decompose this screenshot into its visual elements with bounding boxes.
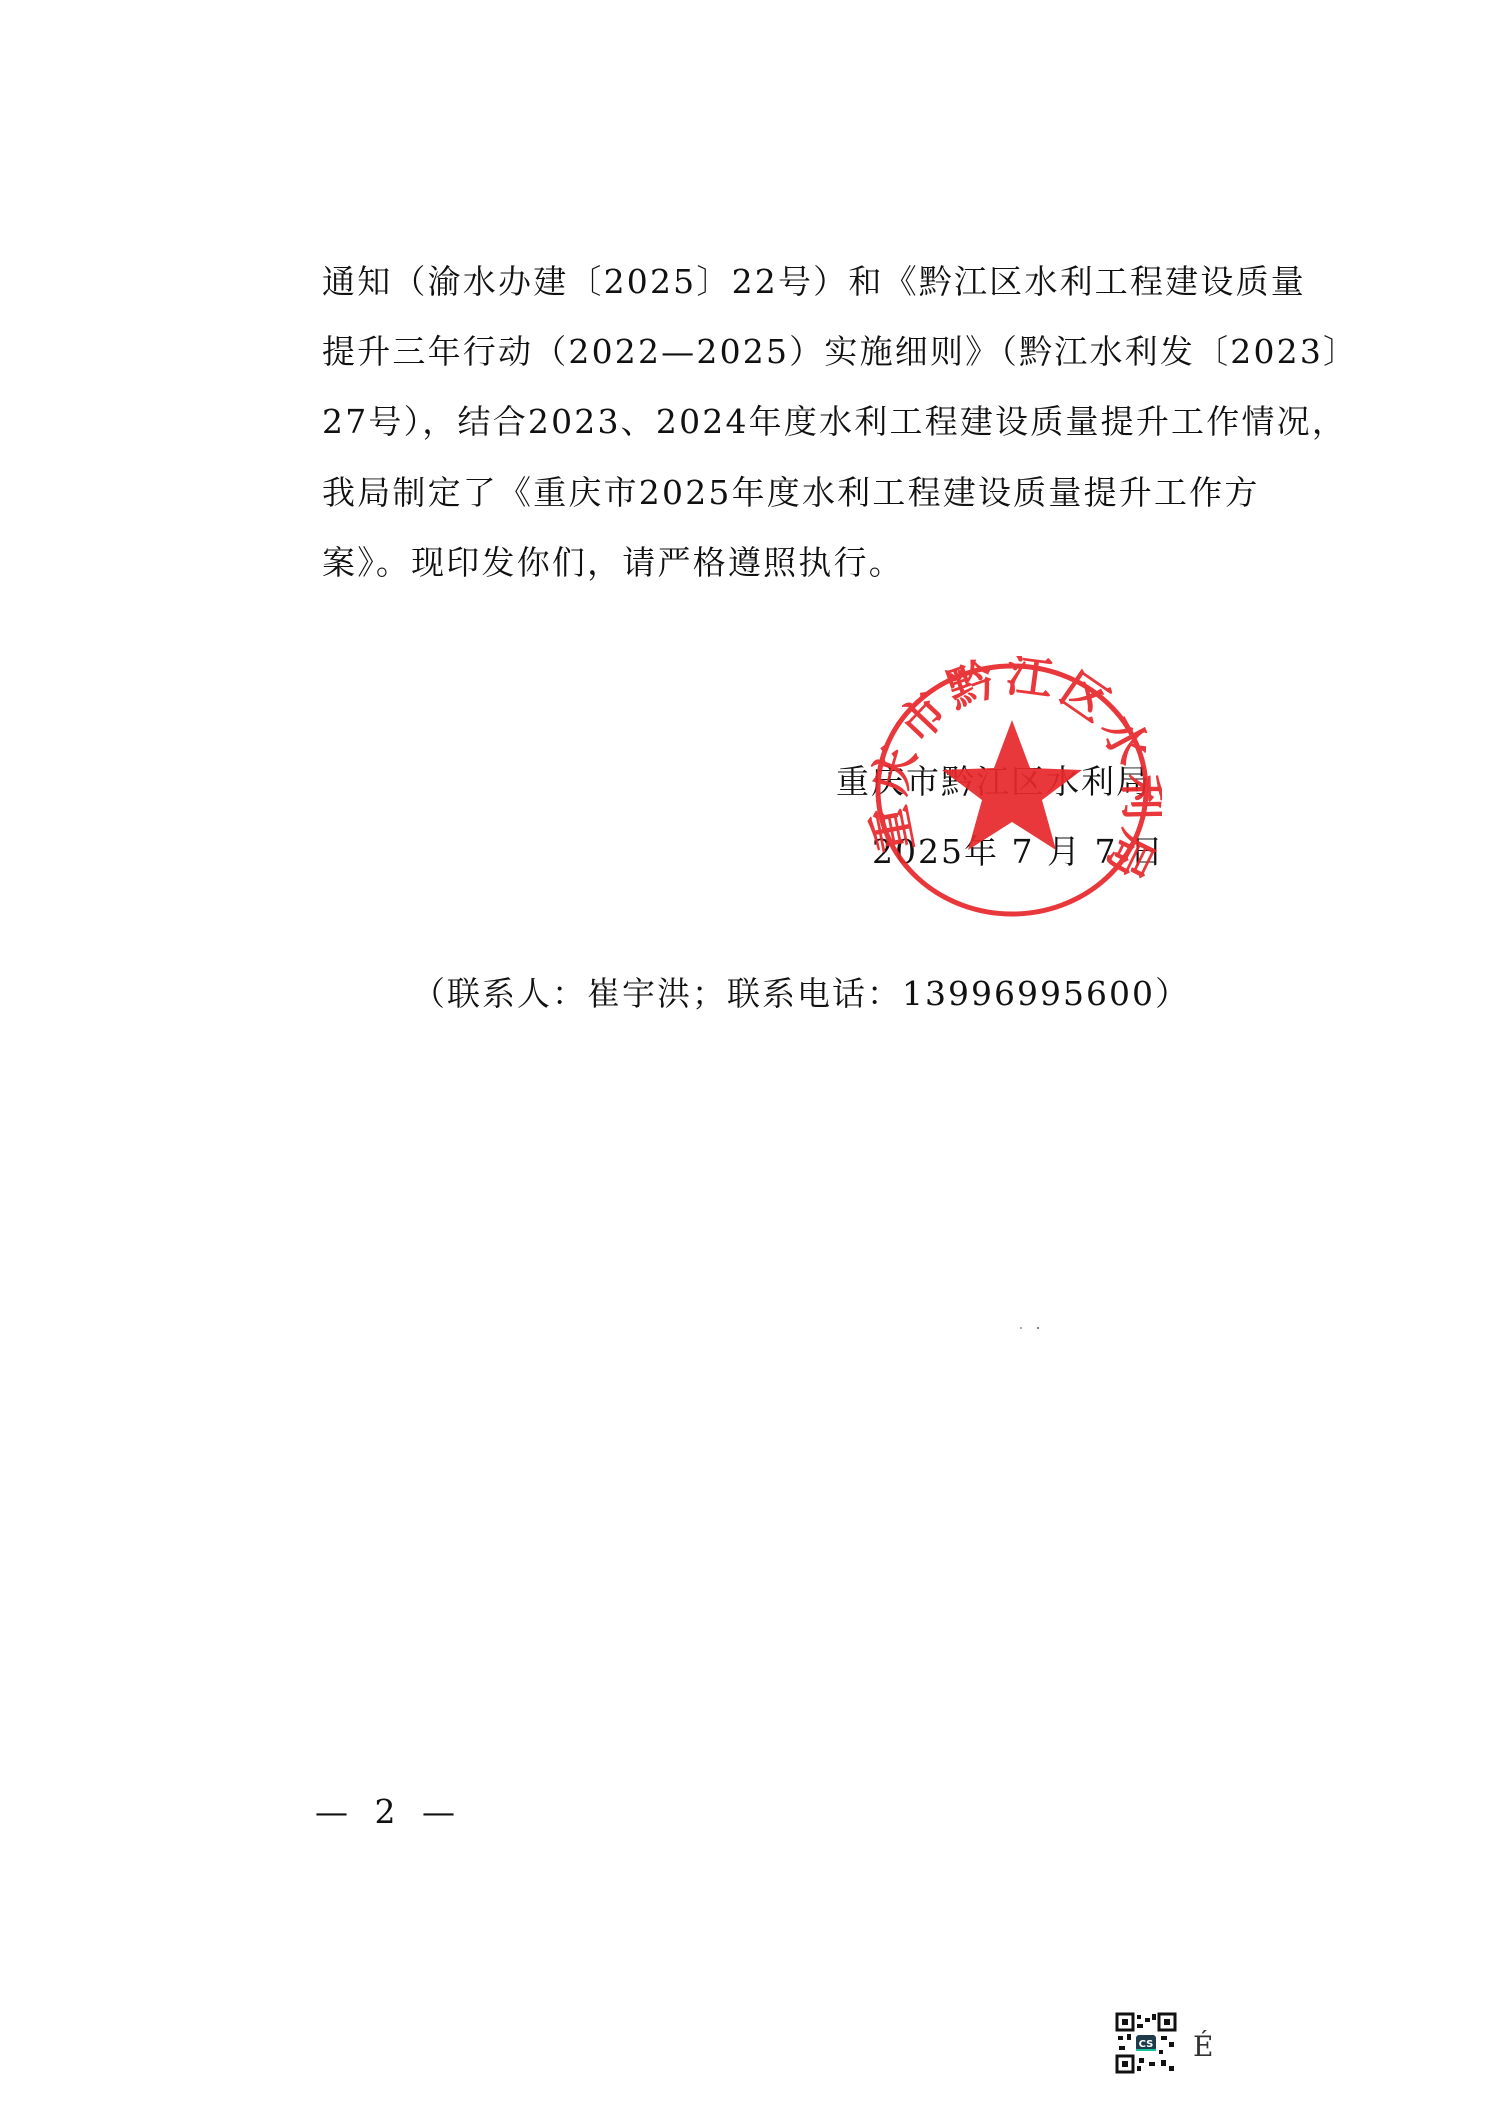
body-line-3: 27号），结合2023、2024年度水利工程建设质量提升工作情况，: [322, 402, 1347, 442]
body-line-5: 案》。现印发你们，请严格遵照执行。: [322, 543, 904, 583]
contact-info: （联系人：崔宇洪；联系电话：13996995600）: [412, 968, 1190, 1015]
footer-mark: É: [1193, 2030, 1213, 2063]
body-line-2: 提升三年行动（2022—2025）实施细则》（黔江水利发〔2023〕: [322, 332, 1358, 372]
scan-artifact-dots: [1018, 1326, 1048, 1330]
page-number: — 2 —: [315, 1792, 463, 1831]
body-line-4: 我局制定了《重庆市2025年度水利工程建设质量提升工作方: [322, 473, 1260, 513]
body-line-1: 通知（渝水办建〔2025〕22号）和《黔江区水利工程建设质量: [322, 262, 1306, 302]
qr-code-icon: CS: [1115, 2012, 1177, 2074]
svg-text:CS: CS: [1139, 2039, 1154, 2050]
signature-organization: 重庆市黔江区水利局: [836, 756, 1151, 803]
signature-date: 2025年 7 月 7 日: [872, 826, 1165, 873]
